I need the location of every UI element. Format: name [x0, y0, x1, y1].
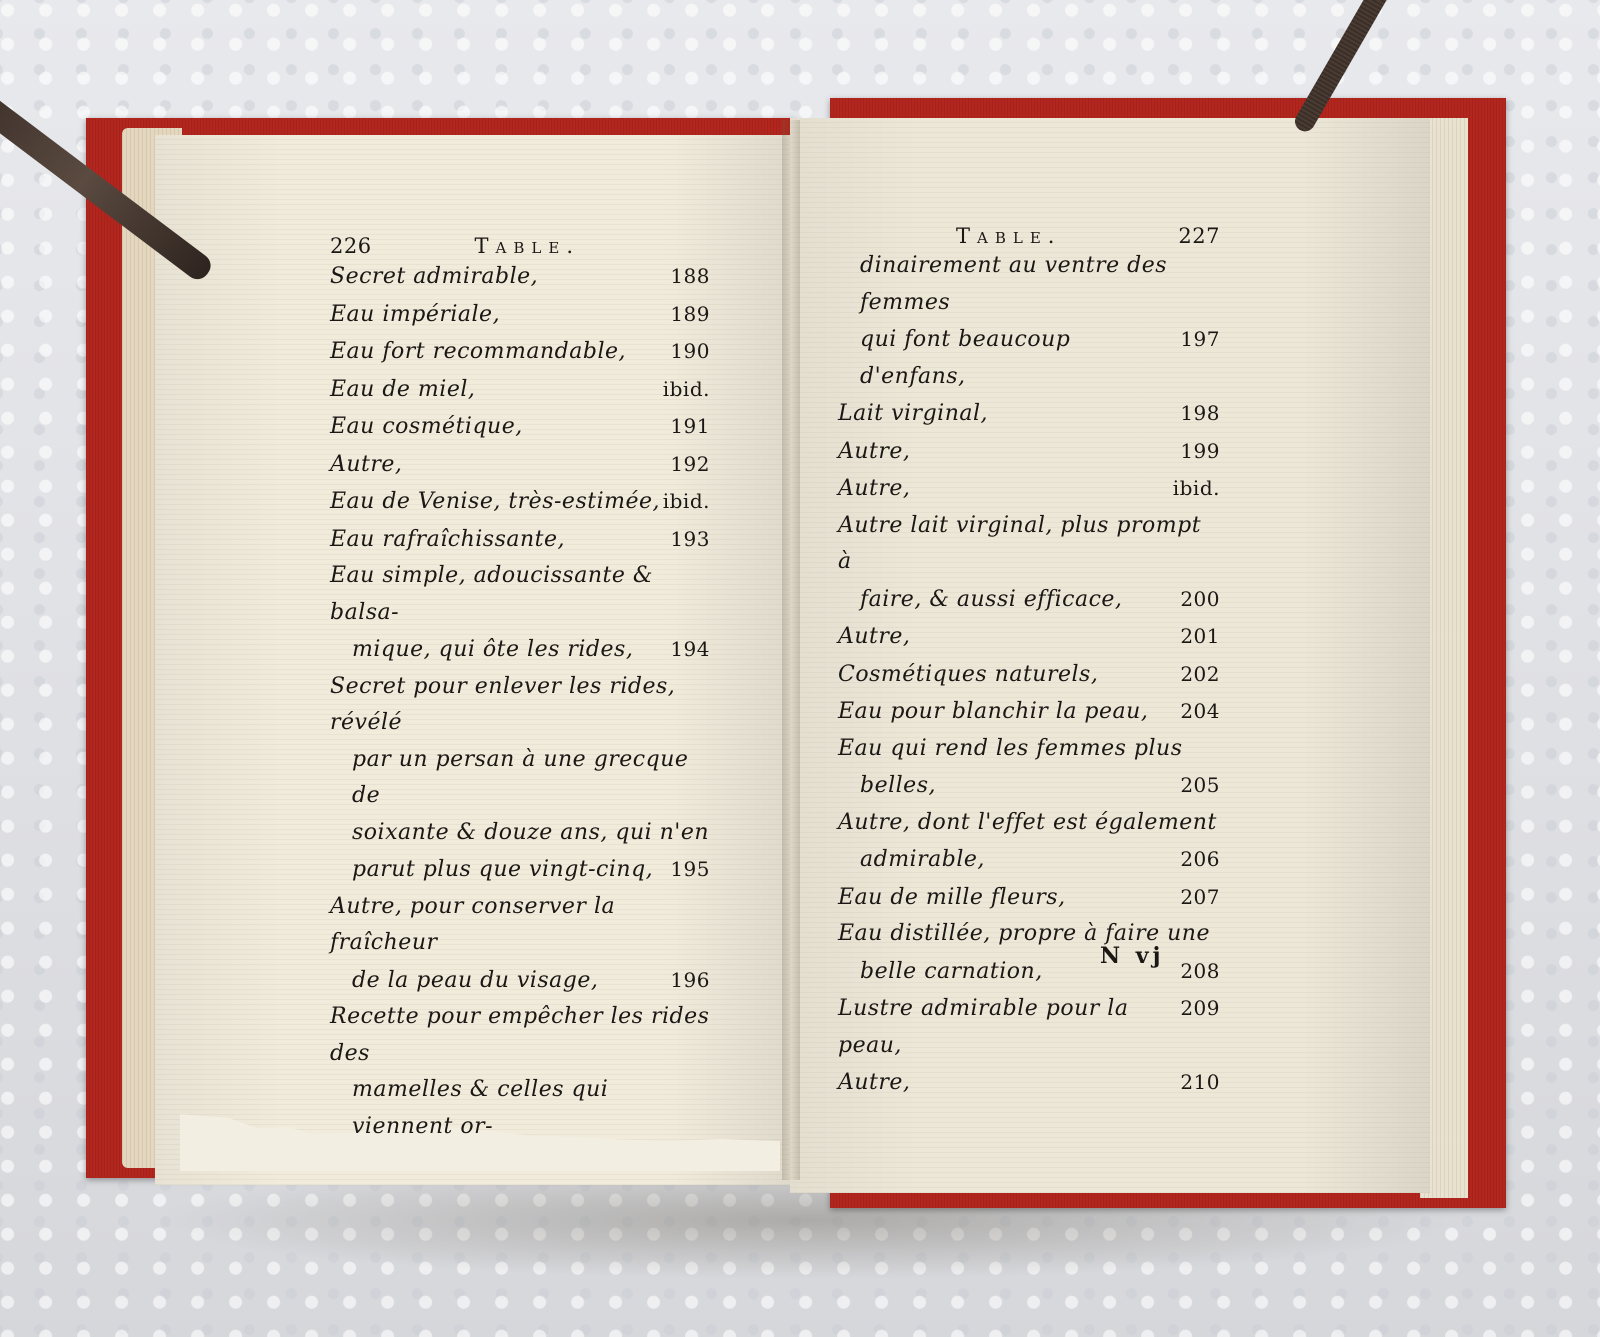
- toc-entry-page: 192: [670, 446, 710, 483]
- toc-entry: Eau pour blanchir la peau,204: [838, 693, 1220, 731]
- toc-entry: Eau cosmétique,191: [330, 408, 710, 446]
- toc-entry: Cosmétiques naturels,202: [838, 656, 1220, 694]
- toc-entry-page: ibid.: [663, 483, 710, 520]
- toc-entry-title: Eau de miel,: [330, 372, 475, 409]
- toc-entry-title: Eau cosmétique,: [330, 409, 523, 446]
- toc-entry: Secret pour enlever les rides, révélé: [330, 669, 710, 742]
- toc-entry-title: dinairement au ventre des femmes: [860, 248, 1220, 321]
- toc-entry-page: 188: [670, 258, 710, 295]
- toc-entry-title: Eau de mille fleurs,: [838, 880, 1066, 917]
- toc-entry-page: 199: [1180, 433, 1220, 470]
- toc-entry-page: 206: [1180, 841, 1220, 878]
- book-gutter: [782, 120, 800, 1180]
- running-head-title: Table.: [475, 234, 580, 258]
- toc-list: dinairement au ventre des femmesqui font…: [838, 248, 1220, 1102]
- toc-entry: Eau impériale,189: [330, 296, 710, 334]
- toc-entry: de la peau du visage,196: [330, 962, 710, 1000]
- toc-entry-title: parut plus que vingt-cinq,: [352, 852, 653, 889]
- toc-entry: mique, qui ôte les rides,194: [330, 631, 710, 669]
- toc-entry-title: qui font beaucoup d'enfans,: [860, 322, 1180, 395]
- toc-entry: par un persan à une grecque de: [330, 742, 710, 815]
- toc-entry-title: belles,: [860, 768, 936, 805]
- toc-entry-title: Autre,: [838, 619, 910, 656]
- page-number: 226: [330, 234, 372, 258]
- toc-entry: Eau de Venise, très-estimée,ibid.: [330, 483, 710, 521]
- toc-entry-page: ibid.: [1173, 470, 1220, 507]
- toc-entry-title: Secret admirable,: [330, 259, 538, 296]
- toc-entry-title: admirable,: [860, 842, 985, 879]
- toc-entry-page: 208: [1180, 953, 1220, 990]
- toc-entry: belles,205: [838, 767, 1220, 805]
- toc-entry-page: 200: [1180, 581, 1220, 618]
- toc-entry-page: 190: [670, 333, 710, 370]
- toc-entry-page: 197: [1180, 321, 1220, 358]
- toc-entry-title: Secret pour enlever les rides, révélé: [330, 669, 710, 742]
- toc-entry-page: 204: [1180, 693, 1220, 730]
- toc-entry-title: mique, qui ôte les rides,: [352, 632, 633, 669]
- toc-entry: dinairement au ventre des femmes: [838, 248, 1220, 321]
- toc-entry-page: 189: [670, 296, 710, 333]
- toc-entry: Autre, dont l'effet est également: [838, 805, 1220, 842]
- toc-list: Secret admirable,188Eau impériale,189Eau…: [330, 258, 710, 1145]
- toc-entry-title: Recette pour empêcher les rides des: [330, 999, 710, 1072]
- toc-entry-page: 209: [1180, 990, 1220, 1027]
- toc-entry: Eau fort recommandable,190: [330, 333, 710, 371]
- toc-entry-page: 196: [670, 962, 710, 999]
- toc-entry-title: Eau de Venise, très-estimée,: [330, 484, 660, 521]
- toc-entry: Eau qui rend les femmes plus: [838, 731, 1220, 768]
- toc-entry-page: 205: [1180, 767, 1220, 804]
- toc-entry: Autre lait virginal, plus prompt à: [838, 508, 1220, 581]
- toc-entry-page: 195: [670, 851, 710, 888]
- toc-entry-title: faire, & aussi efficace,: [860, 582, 1122, 619]
- toc-entry-page: 194: [670, 631, 710, 668]
- toc-entry-page: 198: [1180, 395, 1220, 432]
- toc-entry: Autre,192: [330, 446, 710, 484]
- toc-entry-title: Eau impériale,: [330, 297, 500, 334]
- toc-entry: Secret admirable,188: [330, 258, 710, 296]
- toc-entry-title: Cosmétiques naturels,: [838, 657, 1098, 694]
- toc-entry: Lait virginal,198: [838, 395, 1220, 433]
- toc-entry: mamelles & celles qui viennent or-: [330, 1072, 710, 1145]
- right-running-head: Table. 227: [838, 208, 1220, 248]
- toc-entry-title: Eau rafraîchissante,: [330, 522, 565, 559]
- left-running-head: 226 Table.: [330, 218, 710, 258]
- toc-entry-title: Autre lait virginal, plus prompt à: [838, 508, 1220, 581]
- toc-entry: Eau de miel,ibid.: [330, 371, 710, 409]
- page-number: 227: [1178, 224, 1220, 248]
- toc-entry-page: 210: [1180, 1064, 1220, 1101]
- toc-entry: Autre,201: [838, 618, 1220, 656]
- toc-entry: Lustre admirable pour la peau,209: [838, 990, 1220, 1064]
- toc-entry: faire, & aussi efficace,200: [838, 581, 1220, 619]
- toc-entry-title: de la peau du visage,: [352, 963, 598, 1000]
- toc-entry-title: mamelles & celles qui viennent or-: [352, 1072, 710, 1145]
- toc-entry-title: Autre,: [838, 471, 910, 508]
- toc-entry-title: soixante & douze ans, qui n'en: [352, 815, 709, 852]
- toc-entry-title: belle carnation,: [860, 954, 1043, 991]
- toc-entry-title: Autre,: [838, 1065, 910, 1102]
- running-head-title: Table.: [956, 224, 1061, 248]
- toc-entry-title: Eau fort recommandable,: [330, 334, 626, 371]
- toc-entry: Autre,199: [838, 433, 1220, 471]
- toc-entry-title: Autre,: [838, 434, 910, 471]
- toc-entry: Recette pour empêcher les rides des: [330, 999, 710, 1072]
- toc-entry-title: Lustre admirable pour la peau,: [838, 991, 1180, 1064]
- toc-entry-title: Autre, pour conserver la fraîcheur: [330, 889, 710, 962]
- left-page-text: 226 Table. Secret admirable,188Eau impér…: [330, 218, 710, 1145]
- signature-mark: N vj: [1100, 943, 1165, 969]
- toc-entry-title: Lait virginal,: [838, 396, 988, 433]
- toc-entry-page: 207: [1180, 879, 1220, 916]
- toc-entry: Autre,210: [838, 1064, 1220, 1102]
- toc-entry: Eau rafraîchissante,193: [330, 521, 710, 559]
- toc-entry: Autre, pour conserver la fraîcheur: [330, 889, 710, 962]
- toc-entry: parut plus que vingt-cinq,195: [330, 851, 710, 889]
- toc-entry-page: ibid.: [663, 371, 710, 408]
- toc-entry-title: par un persan à une grecque de: [352, 742, 710, 815]
- toc-entry-title: Eau qui rend les femmes plus: [838, 731, 1183, 768]
- toc-entry: admirable,206: [838, 841, 1220, 879]
- toc-entry-title: Eau simple, adoucissante & balsa-: [330, 558, 710, 631]
- toc-entry: Autre,ibid.: [838, 470, 1220, 508]
- toc-entry: Eau de mille fleurs,207: [838, 879, 1220, 917]
- toc-entry-title: Eau pour blanchir la peau,: [838, 694, 1148, 731]
- toc-entry-title: Autre, dont l'effet est également: [838, 805, 1217, 842]
- toc-entry: qui font beaucoup d'enfans,197: [838, 321, 1220, 395]
- toc-entry-page: 201: [1180, 618, 1220, 655]
- toc-entry-page: 193: [670, 521, 710, 558]
- toc-entry: Eau simple, adoucissante & balsa-: [330, 558, 710, 631]
- toc-entry-page: 191: [670, 408, 710, 445]
- toc-entry-title: Autre,: [330, 447, 402, 484]
- toc-entry-page: 202: [1180, 656, 1220, 693]
- toc-entry: soixante & douze ans, qui n'en: [330, 815, 710, 852]
